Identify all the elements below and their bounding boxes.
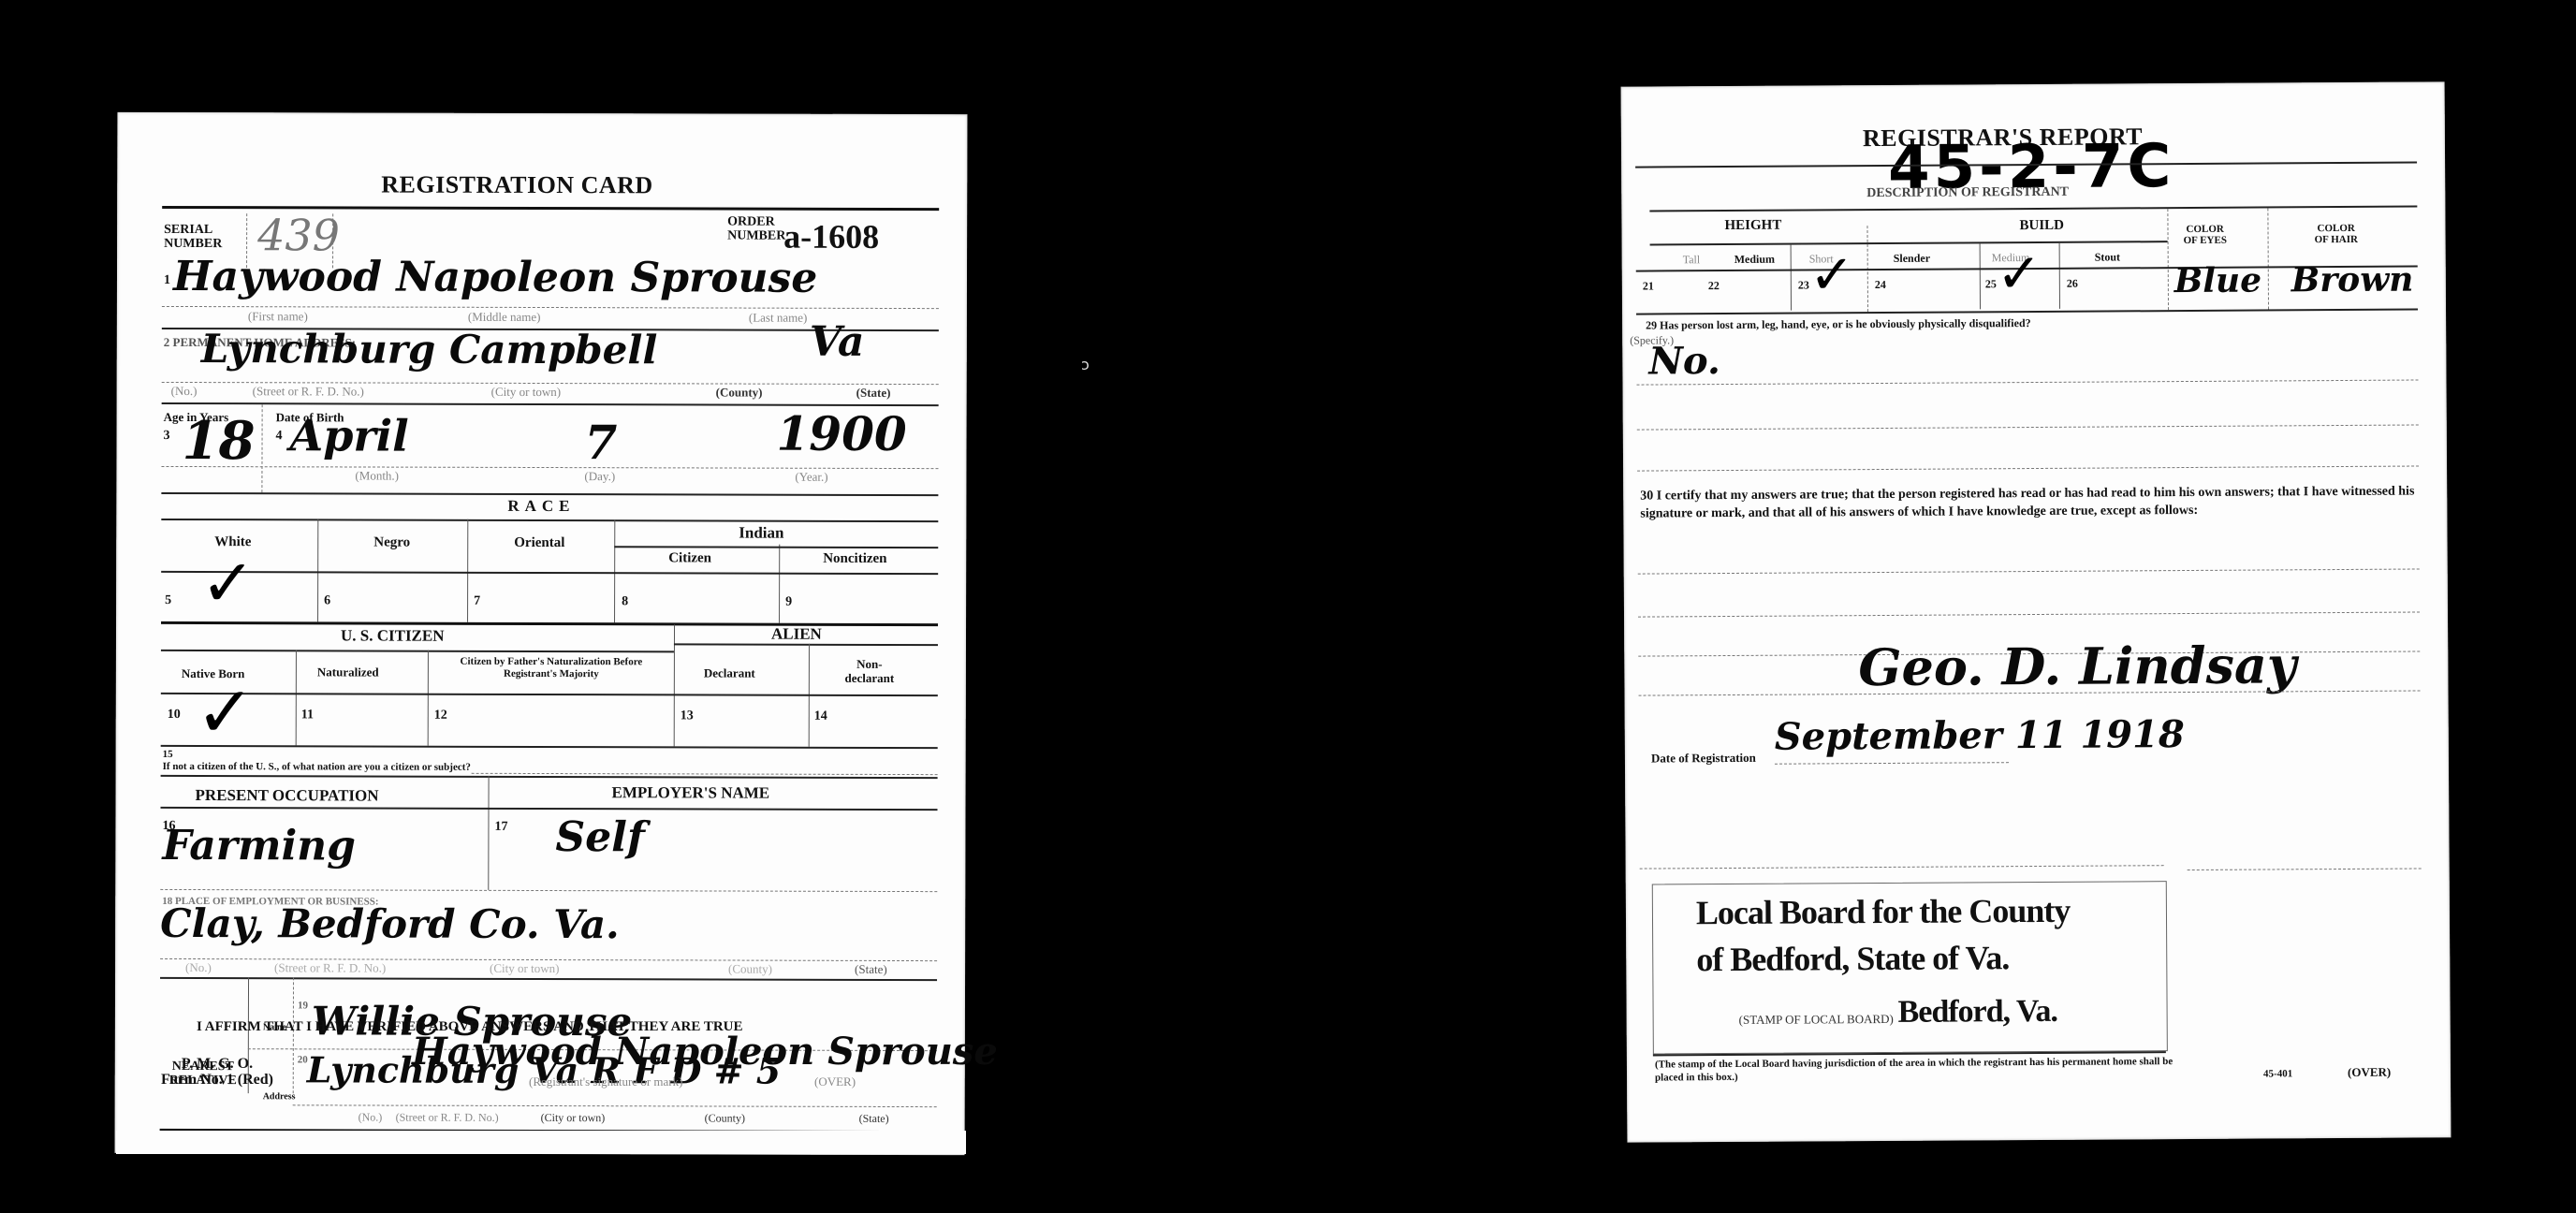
relative-address-label: Address bbox=[263, 1089, 296, 1103]
field-number: 6 bbox=[324, 593, 330, 608]
field-number: 13 bbox=[681, 709, 694, 723]
caption-last-name: (Last name) bbox=[749, 311, 807, 326]
race-title: RACE bbox=[507, 497, 575, 516]
field29-value: No. bbox=[1648, 339, 1720, 383]
height-medium-label: Medium bbox=[1734, 253, 1775, 267]
field-number: 12 bbox=[434, 709, 447, 723]
card-title: REGISTRATION CARD bbox=[381, 171, 653, 200]
field-number: 8 bbox=[622, 594, 628, 609]
over-label: (OVER) bbox=[2348, 1065, 2391, 1079]
field-number: 3 bbox=[164, 429, 170, 444]
citizen-by-father-label: Citizen by Father's Naturalization Befor… bbox=[439, 656, 664, 681]
hair-color-header: COLOR OF HAIR bbox=[2314, 223, 2357, 245]
non-declarant-label: Non-declarant bbox=[837, 657, 902, 685]
birth-day-value: 7 bbox=[584, 415, 617, 470]
race-indian-noncitizen-label: Noncitizen bbox=[823, 552, 886, 566]
over-label: (OVER) bbox=[814, 1074, 856, 1089]
alien-title: ALIEN bbox=[771, 627, 822, 641]
native-born-checkmark: ✓ bbox=[196, 670, 256, 753]
caption-state: (State) bbox=[856, 386, 891, 401]
home-address-value: Lynchburg Campbell bbox=[201, 326, 658, 373]
field-number: 14 bbox=[814, 709, 827, 724]
field-number: 19 bbox=[298, 1000, 308, 1011]
stamp-instructions: (The stamp of the Local Board having jur… bbox=[1655, 1055, 2179, 1084]
caption-street: (Street or R. F. D. No.) bbox=[274, 960, 386, 975]
caption-year: (Year.) bbox=[795, 470, 827, 485]
caption-county: (County) bbox=[728, 962, 772, 977]
caption-county: (County) bbox=[705, 1111, 745, 1125]
height-short-checkmark: ✓ bbox=[1809, 242, 1855, 306]
form-identifier: P. M. G. O. Form No. 1 (Red) bbox=[161, 1056, 273, 1088]
field-number: 4 bbox=[276, 429, 283, 444]
caption-day: (Day.) bbox=[584, 469, 615, 484]
occupation-value: Farming bbox=[162, 822, 356, 870]
employer-value: Self bbox=[555, 813, 645, 861]
description-subtitle: DESCRIPTION OF REGISTRANT bbox=[1866, 185, 2069, 200]
field-number: 7 bbox=[474, 594, 480, 609]
field-number: 17 bbox=[494, 820, 507, 835]
serial-number-label: SERIAL NUMBER bbox=[164, 223, 222, 251]
registrant-signature: Haywood Napoleon Sprouse bbox=[412, 1030, 998, 1074]
registrars-report-card-back: REGISTRAR'S REPORT 45-2-7C DESCRIPTION O… bbox=[1621, 81, 2452, 1142]
caption-city: (City or town) bbox=[541, 1111, 606, 1125]
birth-year-value: 1900 bbox=[776, 406, 906, 461]
caption-state: (State) bbox=[855, 962, 887, 977]
field-number: 25 bbox=[1985, 277, 1997, 291]
caption-middle-name: (Middle name) bbox=[468, 310, 541, 325]
us-citizen-title: U. S. CITIZEN bbox=[341, 628, 445, 642]
build-header: BUILD bbox=[2019, 219, 2064, 233]
date-of-registration-label: Date of Registration bbox=[1651, 751, 1756, 766]
field-number: 24 bbox=[1875, 278, 1886, 292]
field-number: 26 bbox=[2067, 277, 2078, 291]
place-of-employment-value: Clay, Bedford Co. Va. bbox=[160, 900, 620, 947]
field-number: 5 bbox=[165, 593, 171, 608]
declarant-label: Declarant bbox=[704, 665, 755, 680]
age-value: 18 bbox=[182, 410, 255, 472]
race-negro-label: Negro bbox=[373, 536, 410, 550]
caption-first-name: (First name) bbox=[248, 309, 308, 324]
employer-header: EMPLOYER'S NAME bbox=[612, 785, 770, 799]
field-number: 15 bbox=[163, 749, 173, 760]
build-medium-checkmark: ✓ bbox=[1997, 241, 2042, 305]
stamp-city: Bedford, Va. bbox=[1897, 994, 2057, 1030]
home-address-state-value: Va bbox=[810, 318, 865, 366]
birth-month-value: April bbox=[289, 410, 408, 460]
field-number: 10 bbox=[168, 708, 181, 723]
field-number: 9 bbox=[785, 595, 792, 610]
registration-card-front: REGISTRATION CARD SERIAL NUMBER 439 ORDE… bbox=[115, 112, 968, 1155]
stamp-caption: (STAMP OF LOCAL BOARD) bbox=[1739, 1012, 1894, 1028]
field-number: 11 bbox=[301, 708, 314, 723]
build-slender-label: Slender bbox=[1894, 252, 1930, 266]
occupation-header: PRESENT OCCUPATION bbox=[196, 788, 379, 803]
field-number: 23 bbox=[1798, 278, 1809, 292]
caption-no: (No.) bbox=[359, 1110, 383, 1124]
build-stout-label: Stout bbox=[2095, 250, 2120, 264]
race-indian-citizen-label: Citizen bbox=[668, 551, 711, 565]
naturalized-label: Naturalized bbox=[317, 665, 379, 679]
field30-certification: 30 I certify that my answers are true; t… bbox=[1640, 482, 2422, 522]
stamp-line-1: Local Board for the County bbox=[1696, 891, 2071, 932]
caption-city: (City or town) bbox=[490, 961, 559, 976]
caption-state: (State) bbox=[859, 1112, 889, 1126]
height-tall-label: Tall bbox=[1683, 253, 1701, 267]
card-bottom-margin bbox=[116, 1131, 966, 1154]
stamp-line-2: of Bedford, State of Va. bbox=[1696, 938, 2009, 979]
race-oriental-label: Oriental bbox=[514, 536, 564, 550]
scan-artifact: ɔ bbox=[1081, 356, 1090, 373]
caption-city: (City or town) bbox=[491, 385, 561, 400]
eye-color-header: COLOR OF EYES bbox=[2183, 224, 2227, 246]
caption-month: (Month.) bbox=[355, 468, 399, 483]
caption-street: (Street or R. F. D. No.) bbox=[253, 384, 364, 399]
field-number: 22 bbox=[1708, 279, 1720, 293]
caption-county: (County) bbox=[716, 385, 763, 400]
registrar-signature: Geo. D. Lindsay bbox=[1858, 635, 2296, 697]
height-header: HEIGHT bbox=[1724, 219, 1781, 233]
eye-color-value: Blue bbox=[2174, 261, 2261, 301]
hair-color-value: Brown bbox=[2291, 260, 2414, 300]
race-white-checkmark: ✓ bbox=[200, 545, 256, 621]
field29-question: 29 Has person lost arm, leg, hand, eye, … bbox=[1646, 316, 2031, 333]
order-number-value: a-1608 bbox=[783, 217, 879, 256]
field-number: 21 bbox=[1643, 279, 1654, 293]
date-of-registration-value: September 11 1918 bbox=[1775, 712, 2185, 759]
registrant-name-value: Haywood Napoleon Sprouse bbox=[173, 253, 817, 302]
race-indian-label: Indian bbox=[739, 526, 783, 540]
signature-caption: (Registrant's signature or mark) bbox=[529, 1074, 682, 1089]
caption-no: (No.) bbox=[185, 960, 212, 975]
print-code: 45-401 bbox=[2263, 1067, 2292, 1081]
field15-question: If not a citizen of the U. S., of what n… bbox=[163, 760, 471, 775]
order-number-label: ORDER NUMBER bbox=[727, 215, 785, 243]
caption-street: (Street or R. F. D. No.) bbox=[396, 1111, 499, 1125]
field-number: 1 bbox=[164, 273, 170, 288]
caption-no: (No.) bbox=[171, 384, 198, 399]
